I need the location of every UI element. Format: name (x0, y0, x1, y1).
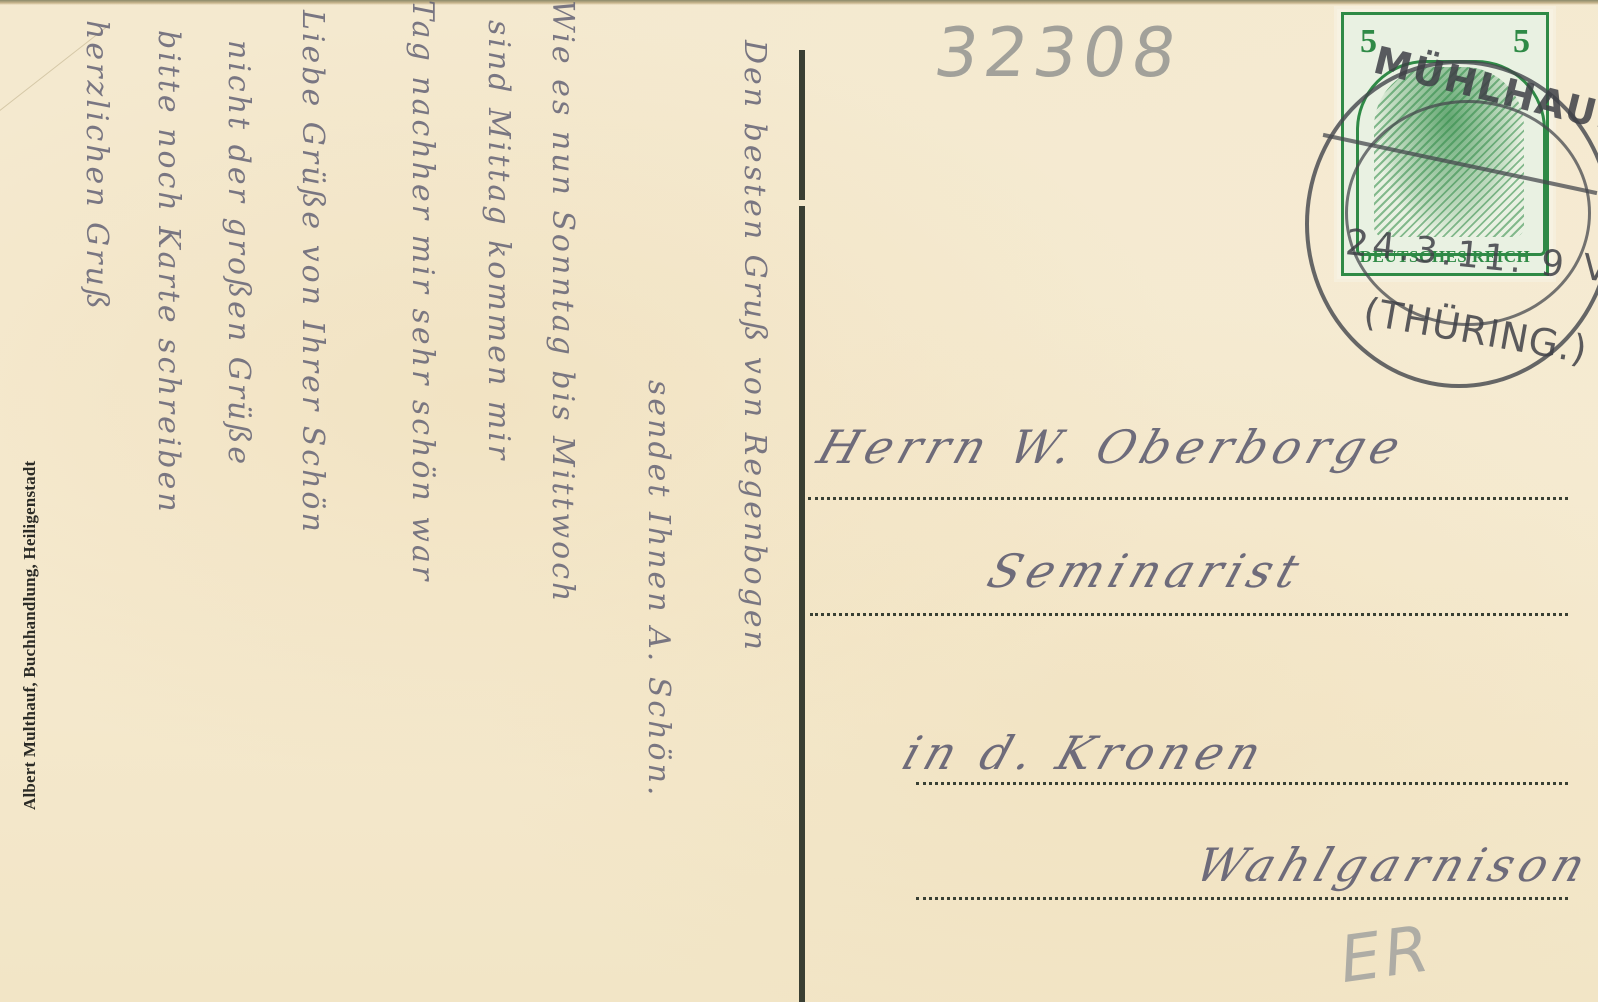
message-line-1: Den besten Gruß von Regenbogen (737, 40, 772, 653)
message-line-7: nicht der großen Grüße (221, 40, 256, 467)
message-line-3: Wie es nun Sonntag bis Mittwoch (545, 0, 580, 604)
message-line-8: bitte noch Karte schreiben (151, 30, 186, 515)
message-line-4: sind Mittag kommen mir (481, 20, 516, 462)
address-line-2-rule (810, 613, 1568, 616)
address-line-4-rule (916, 897, 1568, 900)
divider-segment-top (799, 50, 805, 200)
address-line-3-rule (916, 782, 1568, 785)
divider-segment-bottom (799, 206, 805, 1002)
publisher-imprint: Albert Multhauf, Buchhandlung, Heiligens… (20, 461, 40, 810)
catalog-number: 32308 (929, 14, 1186, 93)
stamp-denomination-left: 5 (1360, 23, 1377, 61)
postcard: Albert Multhauf, Buchhandlung, Heiligens… (0, 0, 1598, 1002)
address-line-3-text: in d. Kronen (896, 726, 1274, 780)
address-line-2-text: Seminarist (981, 544, 1311, 598)
postmark-time-value: 9 V (1539, 243, 1598, 291)
message-line-9: herzlichen Gruß (79, 20, 114, 312)
address-line-4-text: Wahlgarnison (1189, 838, 1598, 892)
address-line-1-rule (808, 497, 1568, 500)
message-line-6: Liebe Grüße von Ihrer Schön (295, 10, 330, 535)
card-top-edge (0, 0, 1598, 5)
stamp-denomination-right: 5 (1513, 23, 1530, 61)
pencil-annotation: ER (1335, 912, 1437, 998)
address-line-1-text: Herrn W. Oberborge (811, 420, 1413, 474)
message-line-2: sendet Ihnen A. Schön. (641, 380, 676, 798)
message-line-5: Tag nachher mir sehr schön war (405, 0, 440, 583)
